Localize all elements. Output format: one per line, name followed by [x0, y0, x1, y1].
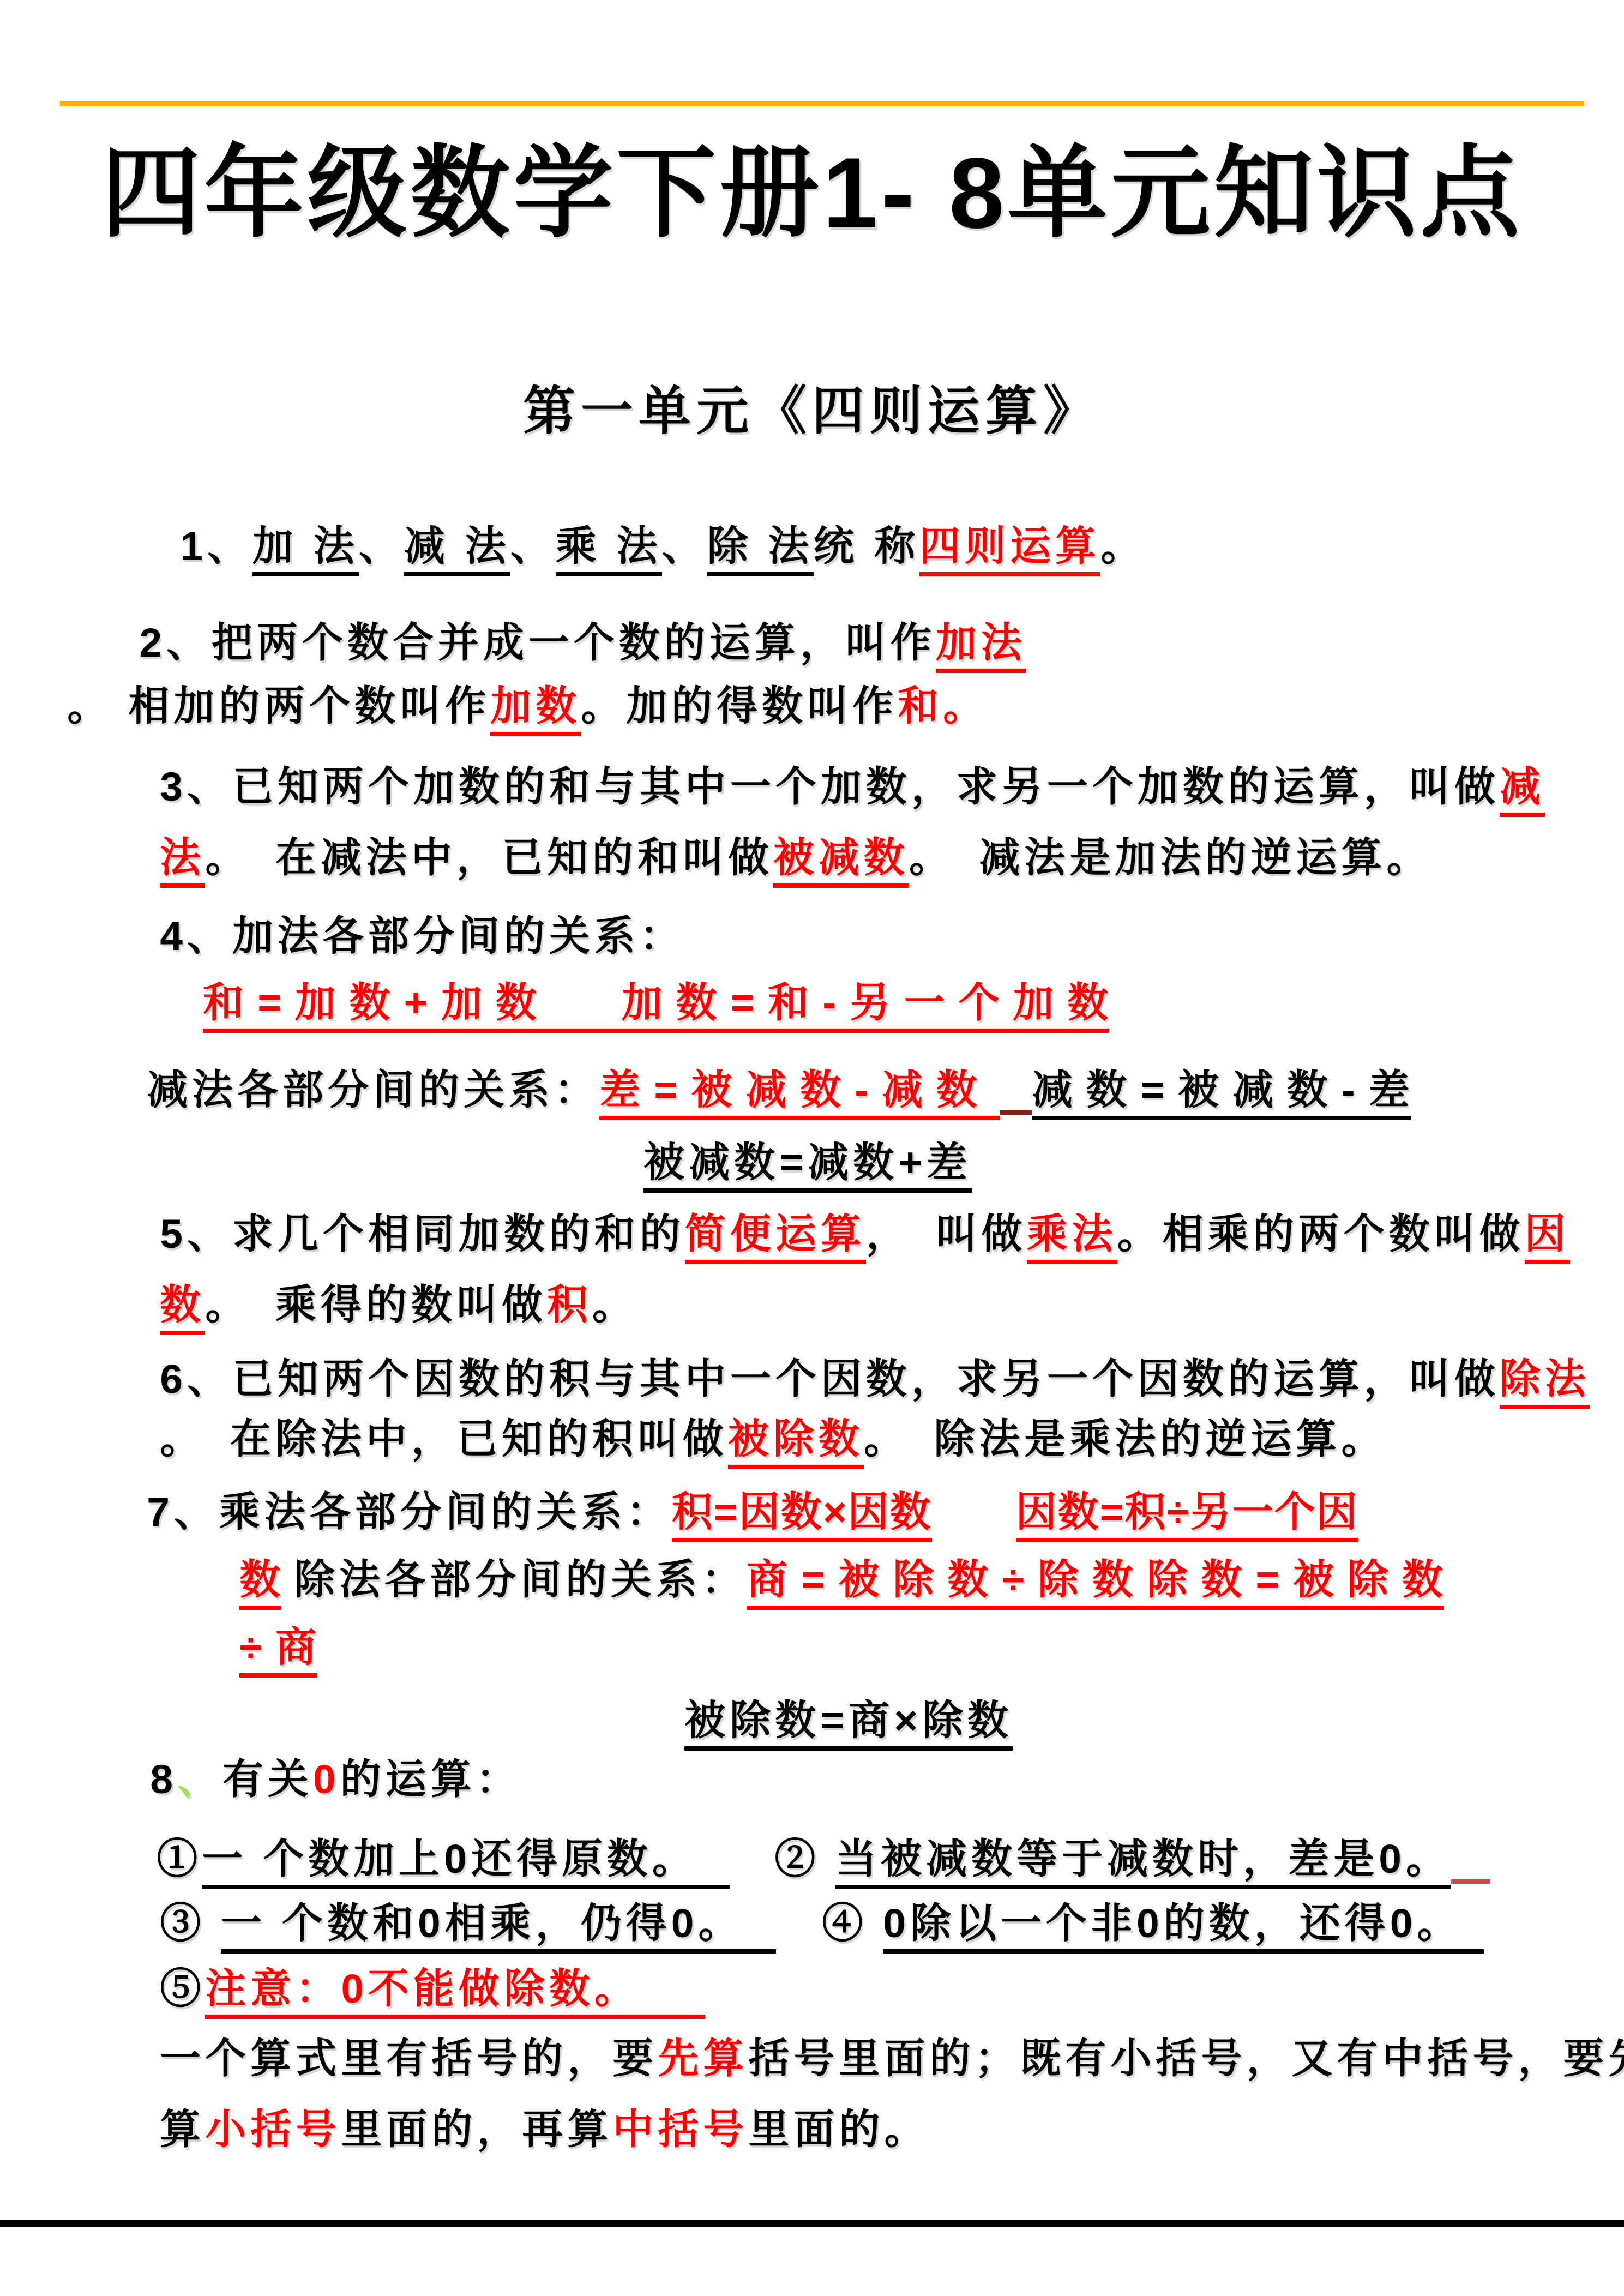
text-segment: 、 [662, 523, 707, 569]
section-heading: 第一单元《四则运算》 [0, 382, 1624, 441]
highlight-term: 简便运算 [685, 1211, 866, 1264]
highlight-term: 因 [1525, 1211, 1570, 1264]
text-segment: 里面的，再算 [341, 2106, 612, 2152]
text-segment: 减法各部分间的关系： [147, 1067, 599, 1113]
text-segment: 。 [1100, 523, 1146, 569]
underlined-term: 除 法 [707, 523, 814, 576]
text-segment: 、 [359, 523, 404, 569]
text-segment: 。 [909, 834, 979, 880]
highlight-term: 减 [1500, 764, 1545, 817]
text-segment: 叫做 [936, 1211, 1027, 1257]
zero-rule-4: ④ 0除以一个非0的数，还得0。 [759, 1854, 1484, 1992]
underlined-term: 加 法 [252, 523, 359, 576]
text-segment: 、 [510, 523, 556, 569]
document-page: 四年级数学下册1- 8单元知识点 第一单元《四则运算》 1、加 法、减 法、乘 … [0, 0, 1624, 2296]
formula-text: 商 = 被 除 数 ÷ 除 数 除 数 = 被 除 数 [747, 1556, 1444, 1610]
formula-text: ÷ 商 [239, 1624, 317, 1678]
bottom-divider-rule [0, 2220, 1624, 2227]
highlight-term: 除法 [1500, 1356, 1590, 1409]
page-title: 四年级数学下册1- 8单元知识点 [0, 137, 1624, 249]
highlight-term: 乘法 [1027, 1211, 1117, 1264]
highlight-term: 四则运算 [919, 523, 1100, 576]
text-segment [867, 1900, 883, 1946]
text-segment: 除法各部分间的关系： [294, 1556, 747, 1602]
highlight-term: 小括号 [205, 2106, 341, 2152]
formula-text: 减 数 = 被 减 数 - 差 [1032, 1067, 1411, 1120]
item-number: 1、 [180, 523, 252, 569]
highlight-term: 被减数 [773, 834, 909, 888]
text-segment: 算 [160, 2106, 205, 2152]
text-segment: 里面的。 [748, 2106, 929, 2152]
underlined-rule: 0除以一个非0的数，还得0。 [883, 1900, 1484, 1954]
top-accent-rule [60, 101, 1584, 106]
text-segment: 。相乘的两个数叫做 [1117, 1211, 1525, 1257]
circled-number: ④ [822, 1900, 867, 1946]
brackets-paragraph-line2: 算小括号里面的，再算中括号里面的。 [97, 2060, 929, 2198]
underline-joint [1000, 1067, 1032, 1115]
knowledge-point-7-wrap2: ÷ 商 [190, 1578, 317, 1716]
text-segment: 统 称 [814, 523, 920, 569]
formula-text: 被除数=商×除数 [684, 1697, 1013, 1751]
text-segment: 减法是加法的逆运算。 [979, 834, 1431, 880]
knowledge-point-7-wrap: 数 除法各部分间的关系：商 = 被 除 数 ÷ 除 数 除 数 = 被 除 数 [190, 1511, 1444, 1648]
underlined-term: 乘 法 [556, 523, 662, 576]
underlined-term: 减 法 [404, 523, 510, 576]
dividend-formula: 被除数=商×除数 [622, 1651, 1013, 1789]
highlight-term: 中括号 [612, 2106, 748, 2152]
text-segment: ， [866, 1211, 936, 1257]
